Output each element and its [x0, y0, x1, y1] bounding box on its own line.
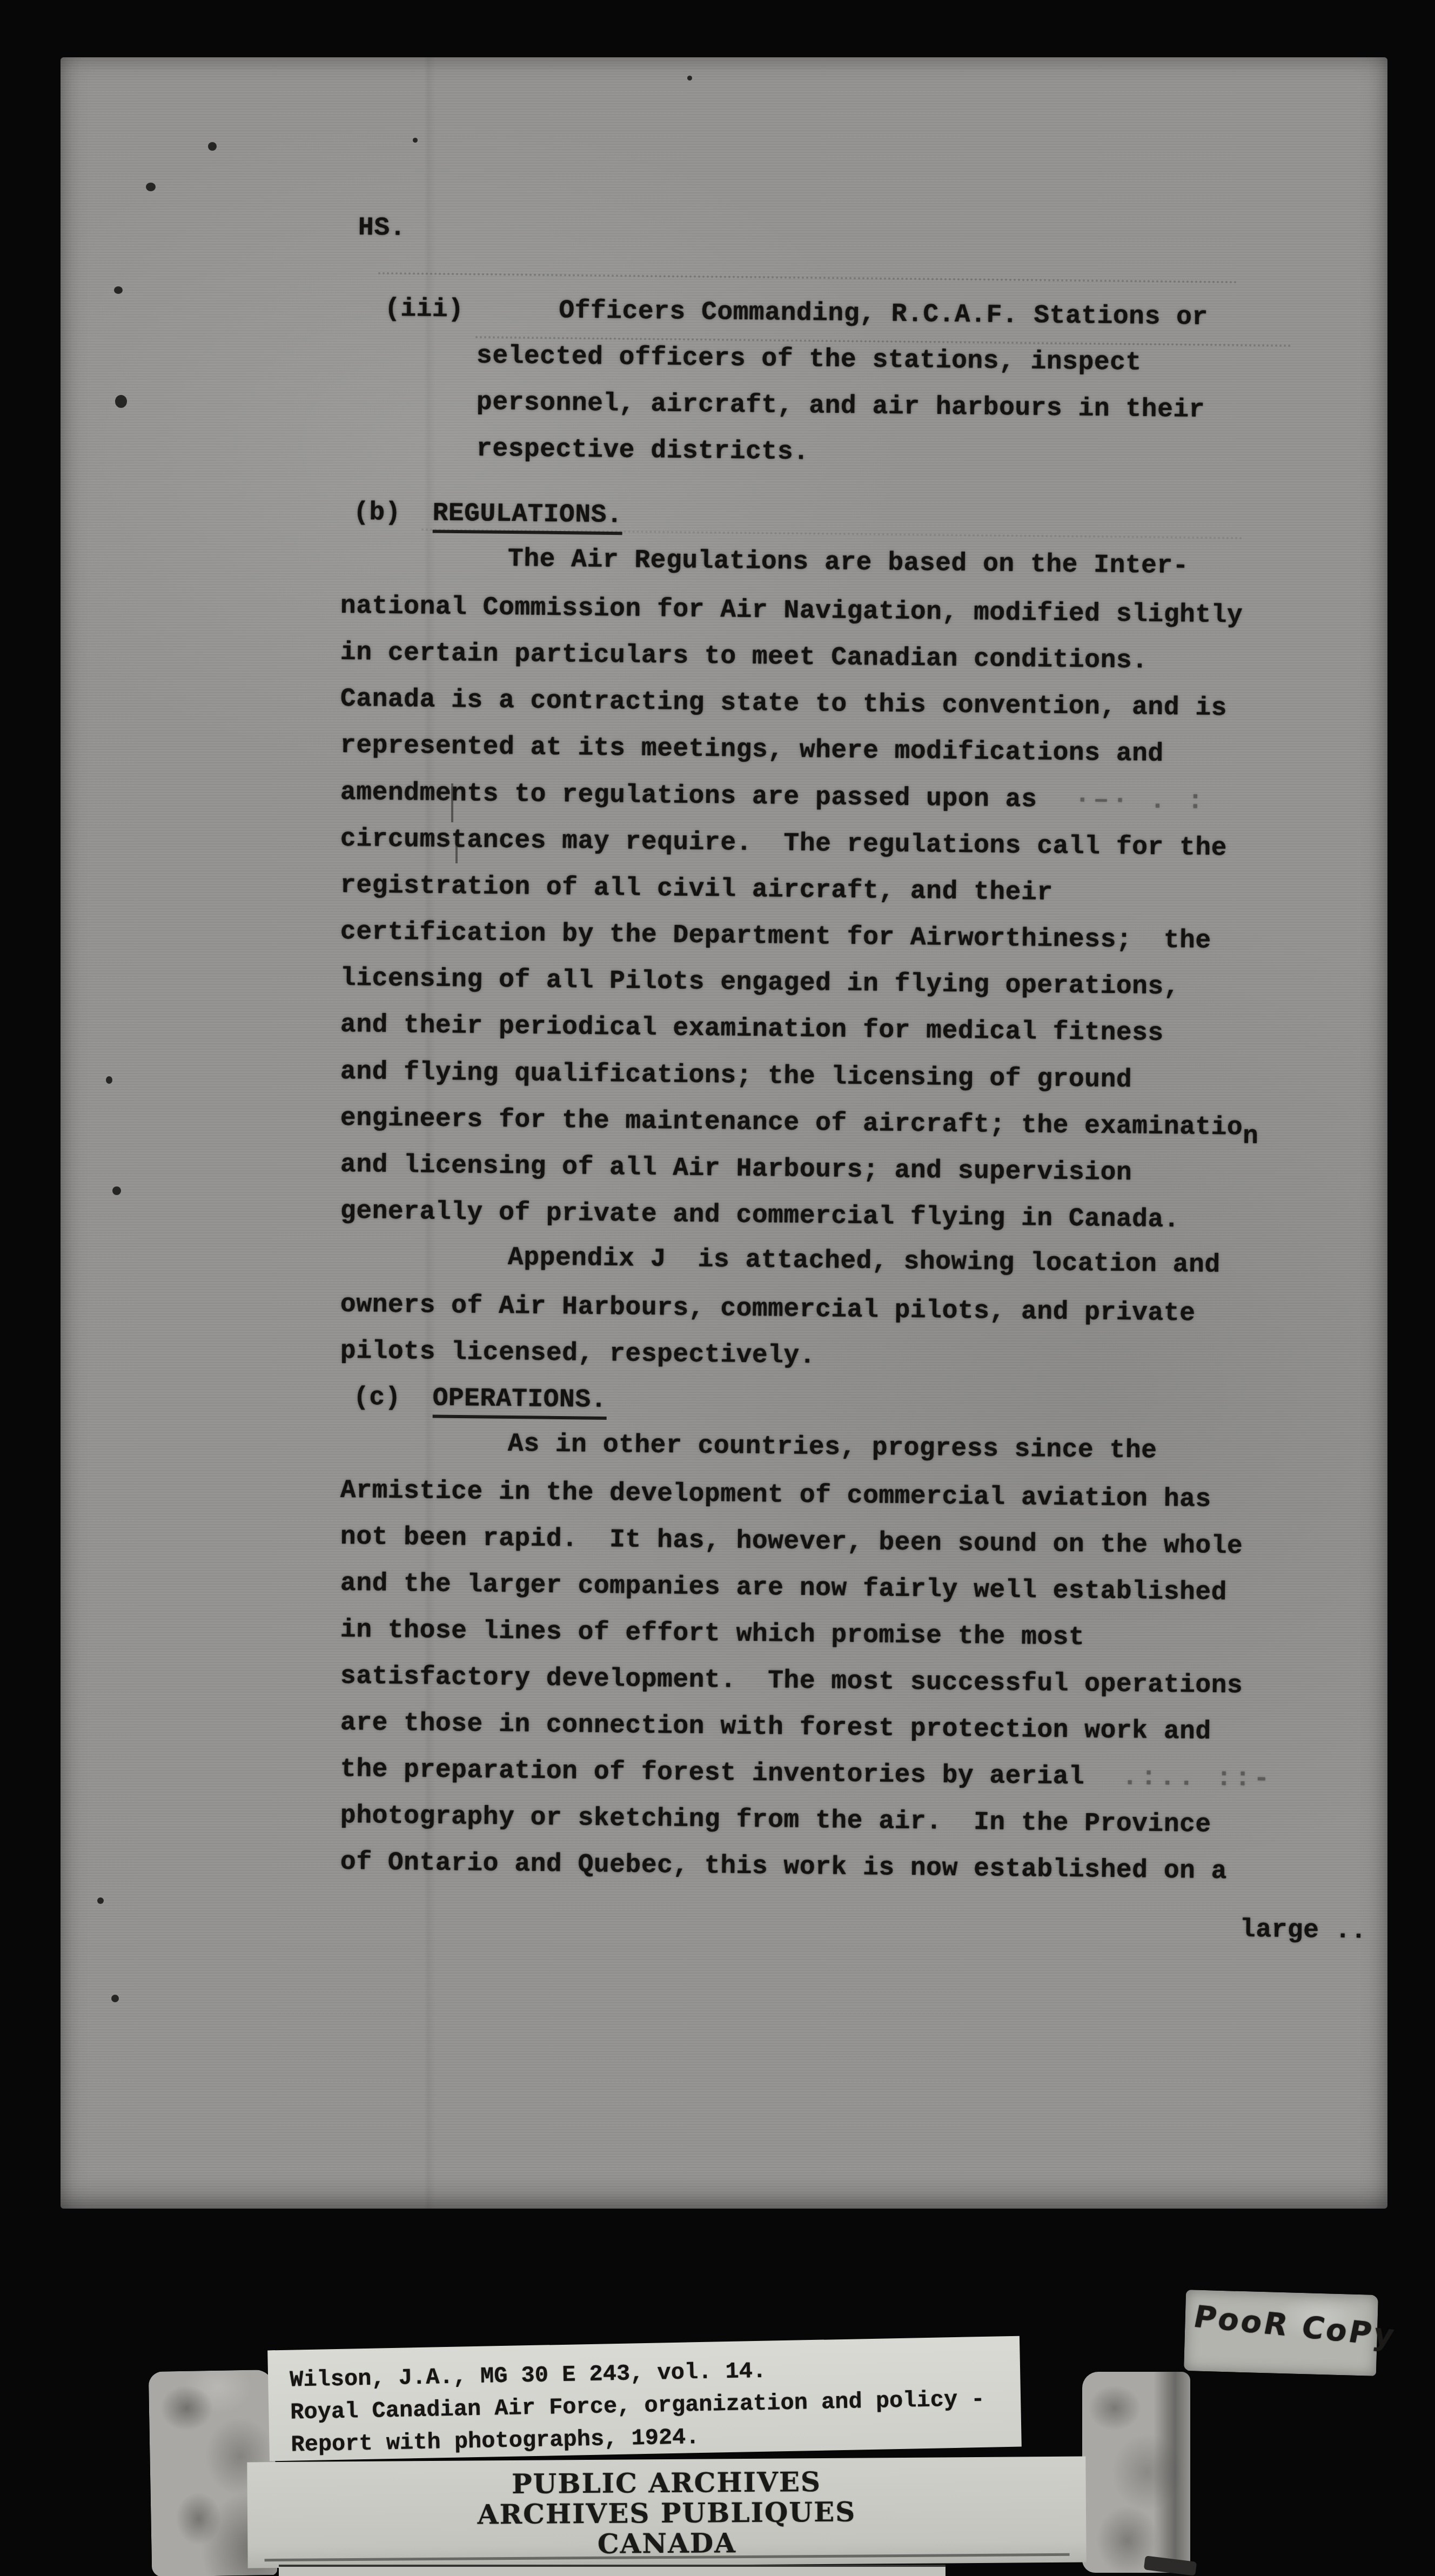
doc-line: generally of private and commercial flyi… [340, 1197, 1180, 1235]
doc-line: The Air Regulations are based on the Int… [508, 545, 1189, 581]
bottom-edge-strip [279, 2565, 946, 2576]
stamp-line-canada: CANADA [247, 2526, 1086, 2562]
ink-stroke [451, 783, 453, 822]
doc-line: the preparation of forest inventories by… [340, 1755, 1273, 1794]
ink-speck [111, 1995, 119, 2002]
doc-line: (iii) Officers Commanding, R.C.A.F. Stat… [385, 294, 1208, 332]
doc-line-large: large .. [1240, 1915, 1367, 1946]
doc-line: licensing of all Pilots engaged in flyin… [340, 964, 1180, 1002]
doc-line: amendments to regulations are passed upo… [340, 778, 1206, 816]
doc-line: certification by the Department for Airw… [340, 917, 1211, 956]
archive-id-label: Wilson, J.A., MG 30 E 243, vol. 14. Roya… [267, 2336, 1022, 2461]
ink-speck [413, 138, 418, 143]
doc-line: and licensing of all Air Harbours; and s… [340, 1150, 1132, 1188]
archive-photo-background: { "colors": { "background": "#070707", "… [0, 0, 1435, 2576]
page-header-hs: HS. [358, 213, 406, 243]
typed-text-block: HS. (iii) Officers Commanding, R.C.A.F. … [61, 57, 1387, 2209]
doc-line: circumstances may require. The regulatio… [340, 824, 1228, 863]
doc-line: satisfactory development. The most succe… [340, 1662, 1243, 1700]
doc-line: national Commission for Air Navigation, … [340, 592, 1243, 630]
doc-line: and the larger companies are now fairly … [340, 1569, 1228, 1607]
ink-speck [146, 183, 156, 191]
doc-line: represented at its meetings, where modif… [340, 731, 1164, 769]
doc-line: photography or sketching from the air. I… [340, 1801, 1211, 1840]
ink-speck [114, 286, 123, 294]
doc-line: in certain particulars to meet Canadian … [340, 638, 1148, 676]
ink-stroke [455, 831, 458, 863]
doc-line: selected officers of the stations, inspe… [477, 341, 1142, 378]
doc-line: Armistice in the development of commerci… [340, 1476, 1211, 1514]
doc-line: of Ontario and Quebec, this work is now … [340, 1848, 1228, 1886]
doc-line: owners of Air Harbours, commercial pilot… [340, 1290, 1196, 1329]
poor-copy-slip: PooR CoPy [1184, 2290, 1378, 2376]
doc-line: engineers for the maintenance of aircraf… [340, 1104, 1259, 1143]
doc-line: Canada is a contracting state to this co… [340, 685, 1228, 723]
doc-line: As in other countries, progress since th… [508, 1430, 1157, 1466]
ink-speck [106, 1076, 112, 1084]
doc-line: are those in connection with forest prot… [340, 1708, 1211, 1747]
doc-line: Appendix J is attached, showing location… [508, 1243, 1221, 1280]
ink-speck [115, 395, 127, 408]
doc-line: and their periodical examination for med… [340, 1010, 1164, 1048]
doc-line: personnel, aircraft, and air harbours in… [477, 388, 1205, 425]
doc-line: pilots licensed, respectively. [340, 1337, 816, 1371]
doc-line: and flying qualifications; the licensing… [340, 1057, 1132, 1095]
crumpled-tape-right [1082, 2372, 1190, 2573]
doc-line: in those lines of effort which promise t… [340, 1615, 1085, 1652]
doc-line: respective districts. [477, 434, 809, 467]
ink-speck [112, 1186, 121, 1195]
poor-copy-handwriting: PooR CoPy [1191, 2299, 1399, 2354]
doc-line: not been rapid. It has, however, been so… [340, 1522, 1243, 1561]
ink-speck [97, 1897, 104, 1904]
public-archives-stamp: PUBLIC ARCHIVES ARCHIVES PUBLIQUES CANAD… [247, 2457, 1086, 2568]
document-page: HS. (iii) Officers Commanding, R.C.A.F. … [61, 57, 1387, 2209]
ink-speck [208, 142, 217, 151]
ink-speck [687, 76, 692, 81]
section-heading-operations: (c) OPERATIONS. [353, 1383, 607, 1420]
doc-line: registration of all civil aircraft, and … [340, 871, 1053, 908]
